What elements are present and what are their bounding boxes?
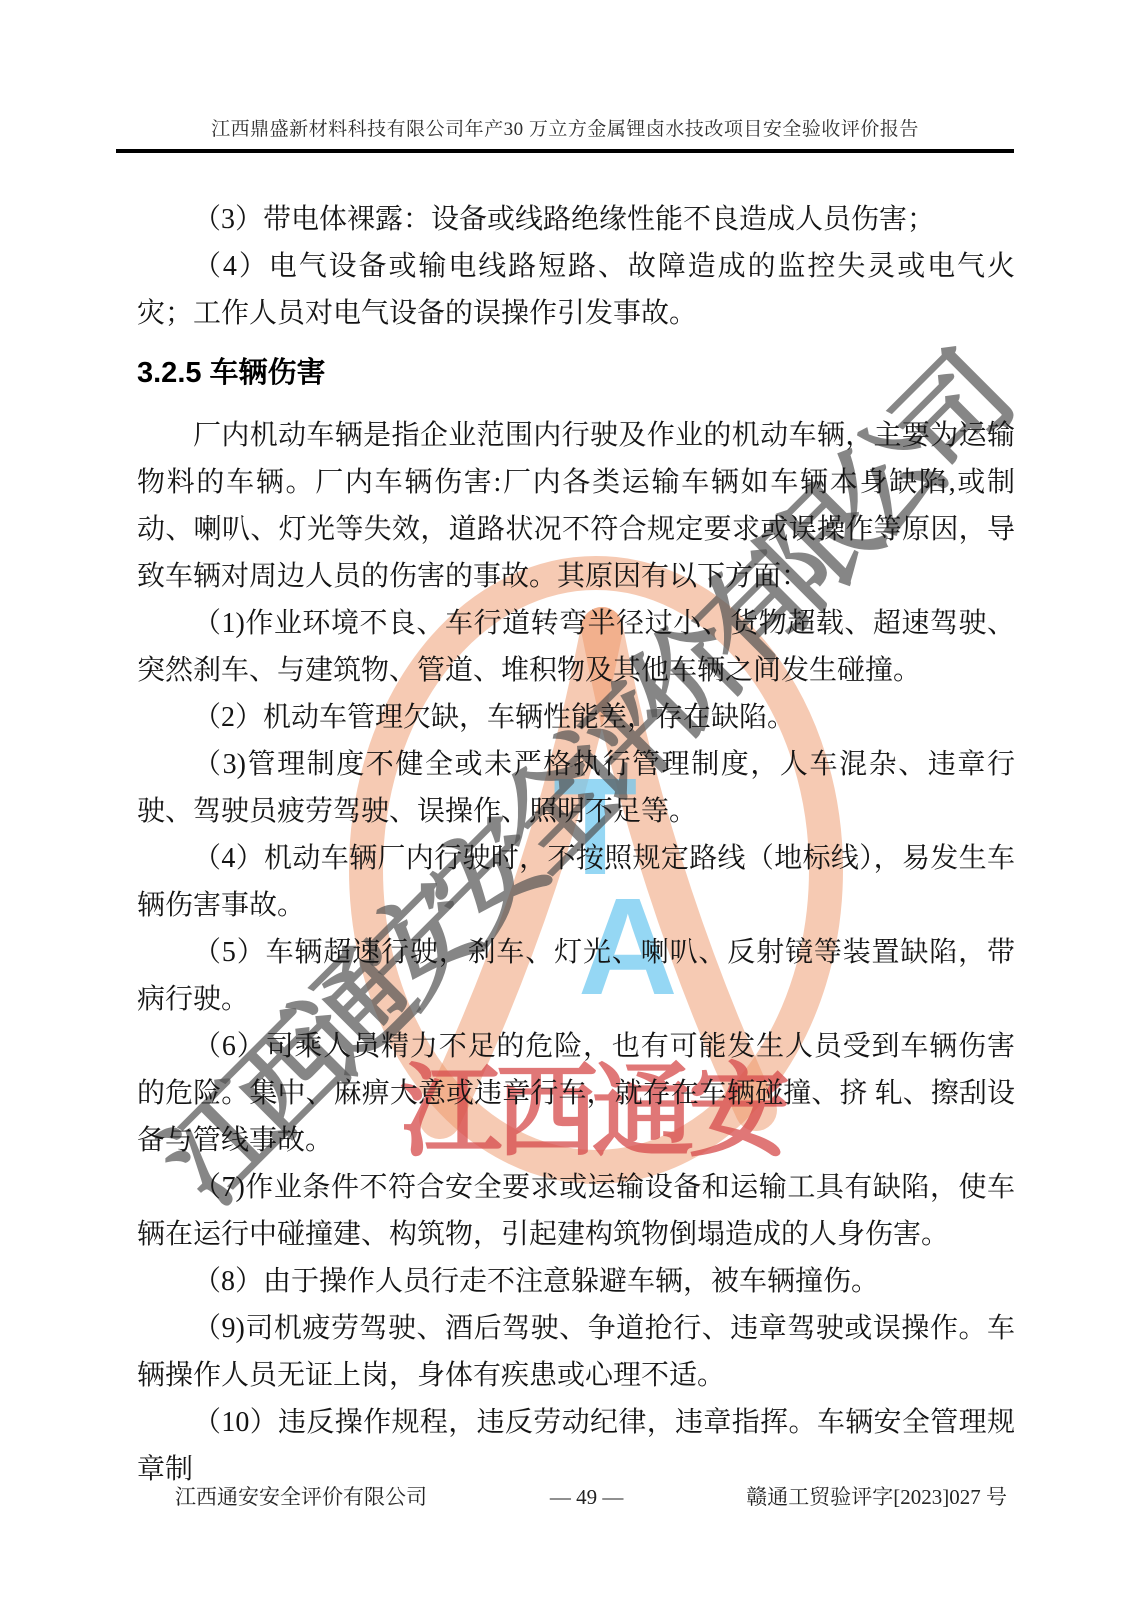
list-item-2: （2）机动车管理欠缺，车辆性能差，存在缺陷。 <box>137 694 1015 741</box>
list-item-8: （8）由于操作人员行走不注意躲避车辆，被车辆撞伤。 <box>137 1258 1015 1305</box>
list-item-3: （3)管理制度不健全或未严格执行管理制度，人车混杂、违章行驶、驾驶员疲劳驾驶、误… <box>137 741 1015 835</box>
page-header: 江西鼎盛新材料科技有限公司年产30 万立方金属锂卤水技改项目安全验收评价报告 <box>116 118 1014 153</box>
list-item-1: （1)作业环境不良、车行道转弯半径过小、货物超载、超速驾驶、突然刹车、与建筑物、… <box>137 600 1015 694</box>
footer-document-number: 赣通工贸验评字[2023]027 号 <box>746 1483 1015 1511</box>
section-heading-3-2-5: 3.2.5 车辆伤害 <box>137 350 1015 397</box>
document-page: 江西通安安全评价有限公司 T A 江西通安 江西鼎盛新材料科技有限公司年产30 … <box>0 0 1131 1600</box>
list-item-7: （7)作业条件不符合安全要求或运输设备和运输工具有缺陷，使车辆在运行中碰撞建、构… <box>137 1164 1015 1258</box>
paragraph-electric-4: （4）电气设备或输电线路短路、故障造成的监控失灵或电气火灾；工作人员对电气设备的… <box>137 243 1015 337</box>
list-item-4: （4）机动车辆厂内行驶时，不按照规定路线（地标线），易发生车辆伤害事故。 <box>137 835 1015 929</box>
list-item-6: （6）司乘人员精力不足的危险，也有可能发生人员受到车辆伤害的危险。集中、麻痹大意… <box>137 1023 1015 1164</box>
list-item-5: （5）车辆超速行驶，刹车、灯光、喇叭、反射镜等装置缺陷，带病行驶。 <box>137 929 1015 1023</box>
header-divider <box>116 149 1014 153</box>
list-item-10: （10）违反操作规程，违反劳动纪律，违章指挥。车辆安全管理规章制 <box>137 1399 1015 1493</box>
list-item-9: （9)司机疲劳驾驶、酒后驾驶、争道抢行、违章驾驶或误操作。车辆操作人员无证上岗，… <box>137 1305 1015 1399</box>
paragraph-intro: 厂内机动车辆是指企业范围内行驶及作业的机动车辆，主要为运输物料的车辆。厂内车辆伤… <box>137 412 1015 600</box>
footer-page-number: — 49 — <box>550 1483 624 1511</box>
page-footer: 江西通安安全评价有限公司 — 49 — 赣通工贸验评字[2023]027 号 <box>137 1483 1015 1511</box>
document-body: （3）带电体裸露：设备或线路绝缘性能不良造成人员伤害； （4）电气设备或输电线路… <box>137 196 1015 1493</box>
footer-company-name: 江西通安安全评价有限公司 <box>137 1483 427 1511</box>
paragraph-electric-3: （3）带电体裸露：设备或线路绝缘性能不良造成人员伤害； <box>137 196 1015 243</box>
report-title: 江西鼎盛新材料科技有限公司年产30 万立方金属锂卤水技改项目安全验收评价报告 <box>116 118 1014 142</box>
